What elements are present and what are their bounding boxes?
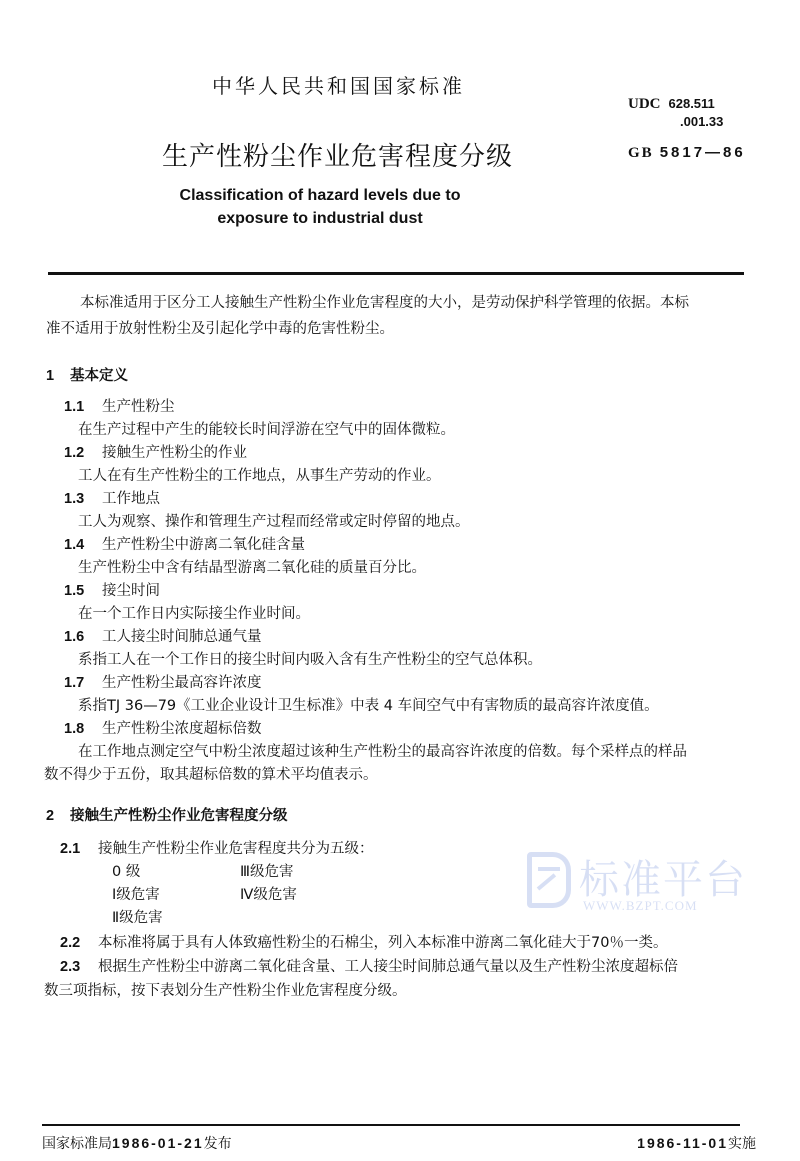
udc-code: UDC628.511 bbox=[628, 96, 715, 113]
subsection-term: 接触生产性粉尘的作业 bbox=[102, 445, 247, 461]
footer-divider bbox=[42, 1124, 740, 1126]
subsection-1-1: 1.1生产性粉尘 bbox=[64, 396, 175, 418]
document-title-en-line1: Classification of hazard levels due to bbox=[0, 184, 640, 208]
subsection-1-3: 1.3工作地点 bbox=[64, 488, 160, 510]
grade-2: Ⅱ级危害 bbox=[112, 907, 163, 929]
footer-effective: 1986-11-01实施 bbox=[637, 1133, 756, 1153]
udc-number-line1: 628.511 bbox=[669, 96, 715, 111]
grade-1: Ⅰ级危害 bbox=[112, 884, 160, 906]
subsection-term: 生产性粉尘中游离二氧化硅含量 bbox=[102, 537, 305, 553]
udc-number-line2: .001.33 bbox=[680, 114, 723, 129]
subsection-number: 2.1 bbox=[60, 838, 98, 860]
subsection-1-7: 1.7生产性粉尘最高容许浓度 bbox=[64, 672, 262, 694]
definition-1-3: 工人为观察、操作和管理生产过程而经常或定时停留的地点。 bbox=[78, 511, 470, 533]
footer-issue: 国家标准局1986-01-21发布 bbox=[42, 1133, 232, 1153]
subsection-number: 2.2 bbox=[60, 932, 98, 954]
subsection-number: 1.7 bbox=[64, 672, 102, 694]
subsection-number: 1.3 bbox=[64, 488, 102, 510]
subsection-1-8: 1.8生产性粉尘浓度超标倍数 bbox=[64, 718, 262, 740]
definition-1-4: 生产性粉尘中含有结晶型游离二氧化硅的质量百分比。 bbox=[78, 557, 426, 579]
definition-1-2: 工人在有生产性粉尘的工作地点，从事生产劳动的作业。 bbox=[78, 465, 441, 487]
definition-1-5: 在一个工作日内实际接尘作业时间。 bbox=[78, 603, 310, 625]
subsection-term: 工人接尘时间肺总通气量 bbox=[102, 629, 262, 645]
section-number: 1 bbox=[46, 368, 70, 384]
subsection-2-3: 2.3根据生产性粉尘中游离二氧化硅含量、工人接尘时间肺总通气量以及生产性粉尘浓度… bbox=[60, 956, 678, 978]
section-number: 2 bbox=[46, 808, 70, 824]
subsection-1-6: 1.6工人接尘时间肺总通气量 bbox=[64, 626, 262, 648]
document-title-en-line2: exposure to industrial dust bbox=[0, 207, 640, 231]
subsection-number: 1.4 bbox=[64, 534, 102, 556]
grade-4: Ⅳ级危害 bbox=[240, 884, 297, 906]
section-title: 基本定义 bbox=[70, 368, 128, 384]
definition-1-1: 在生产过程中产生的能较长时间浮游在空气中的固体微粒。 bbox=[78, 419, 455, 441]
subsection-term: 生产性粉尘浓度超标倍数 bbox=[102, 721, 262, 737]
watermark-url: WWW.BZPT.COM bbox=[583, 898, 698, 914]
subsection-term: 生产性粉尘最高容许浓度 bbox=[102, 675, 262, 691]
subsection-number: 1.2 bbox=[64, 442, 102, 464]
issuer: 国家标准局 bbox=[42, 1136, 112, 1152]
grade-0: 0 级 bbox=[112, 861, 140, 883]
subsection-2-3-continued: 数三项指标，按下表划分生产性粉尘作业危害程度分级。 bbox=[44, 980, 407, 1002]
subsection-number: 1.8 bbox=[64, 718, 102, 740]
header-divider bbox=[48, 272, 744, 275]
subsection-number: 1.1 bbox=[64, 396, 102, 418]
definition-1-6: 系指工人在一个工作日的接尘时间内吸入含有生产性粉尘的空气总体积。 bbox=[78, 649, 542, 671]
udc-label: UDC bbox=[628, 96, 661, 112]
effective-suffix: 实施 bbox=[728, 1136, 756, 1152]
gb-number: 5817—86 bbox=[660, 144, 746, 161]
subsection-number: 2.3 bbox=[60, 956, 98, 978]
definition-1-7: 系指TJ 36—79《工业企业设计卫生标准》中表 4 车间空气中有害物质的最高容… bbox=[78, 695, 659, 717]
subsection-2-2: 2.2本标准将属于具有人体致癌性粉尘的石棉尘，列入本标准中游离二氧化硅大于70％… bbox=[60, 932, 667, 954]
subsection-text: 根据生产性粉尘中游离二氧化硅含量、工人接尘时间肺总通气量以及生产性粉尘浓度超标倍 bbox=[98, 959, 678, 975]
subsection-text: 接触生产性粉尘作业危害程度共分为五级： bbox=[98, 841, 374, 857]
intro-paragraph-line2: 准不适用于放射性粉尘及引起化学中毒的危害性粉尘。 bbox=[46, 318, 394, 340]
document-title-cn: 生产性粉尘作业危害程度分级 bbox=[162, 136, 513, 173]
gb-code: GB5817—86 bbox=[628, 144, 746, 162]
effective-date: 1986-11-01 bbox=[637, 1135, 728, 1151]
grade-3: Ⅲ级危害 bbox=[240, 861, 294, 883]
watermark-text: 标准平台 bbox=[579, 848, 747, 905]
subsection-number: 1.6 bbox=[64, 626, 102, 648]
bzpt-logo-icon bbox=[527, 852, 571, 908]
subsection-number: 1.5 bbox=[64, 580, 102, 602]
section-2-heading: 2接触生产性粉尘作业危害程度分级 bbox=[46, 804, 288, 825]
subsection-term: 工作地点 bbox=[102, 491, 160, 507]
definition-1-8: 在工作地点测定空气中粉尘浓度超过该种生产性粉尘的最高容许浓度的倍数。每个采样点的… bbox=[78, 741, 687, 763]
subsection-term: 接尘时间 bbox=[102, 583, 160, 599]
national-standard-heading: 中华人民共和国国家标准 bbox=[212, 70, 465, 99]
subsection-2-1: 2.1接触生产性粉尘作业危害程度共分为五级： bbox=[60, 838, 374, 860]
gb-label: GB bbox=[628, 145, 654, 161]
subsection-1-5: 1.5接尘时间 bbox=[64, 580, 160, 602]
issue-suffix: 发布 bbox=[204, 1136, 232, 1152]
subsection-text: 本标准将属于具有人体致癌性粉尘的石棉尘，列入本标准中游离二氧化硅大于70％一类。 bbox=[98, 935, 667, 951]
intro-paragraph-line1: 本标准适用于区分工人接触生产性粉尘作业危害程度的大小，是劳动保护科学管理的依据。… bbox=[80, 292, 689, 314]
subsection-term: 生产性粉尘 bbox=[102, 399, 175, 415]
subsection-1-2: 1.2接触生产性粉尘的作业 bbox=[64, 442, 247, 464]
subsection-1-4: 1.4生产性粉尘中游离二氧化硅含量 bbox=[64, 534, 305, 556]
issue-date: 1986-01-21 bbox=[112, 1135, 204, 1151]
section-1-heading: 1基本定义 bbox=[46, 364, 128, 385]
section-title: 接触生产性粉尘作业危害程度分级 bbox=[70, 808, 288, 824]
definition-1-8-continued: 数不得少于五份，取其超标倍数的算术平均值表示。 bbox=[44, 764, 378, 786]
